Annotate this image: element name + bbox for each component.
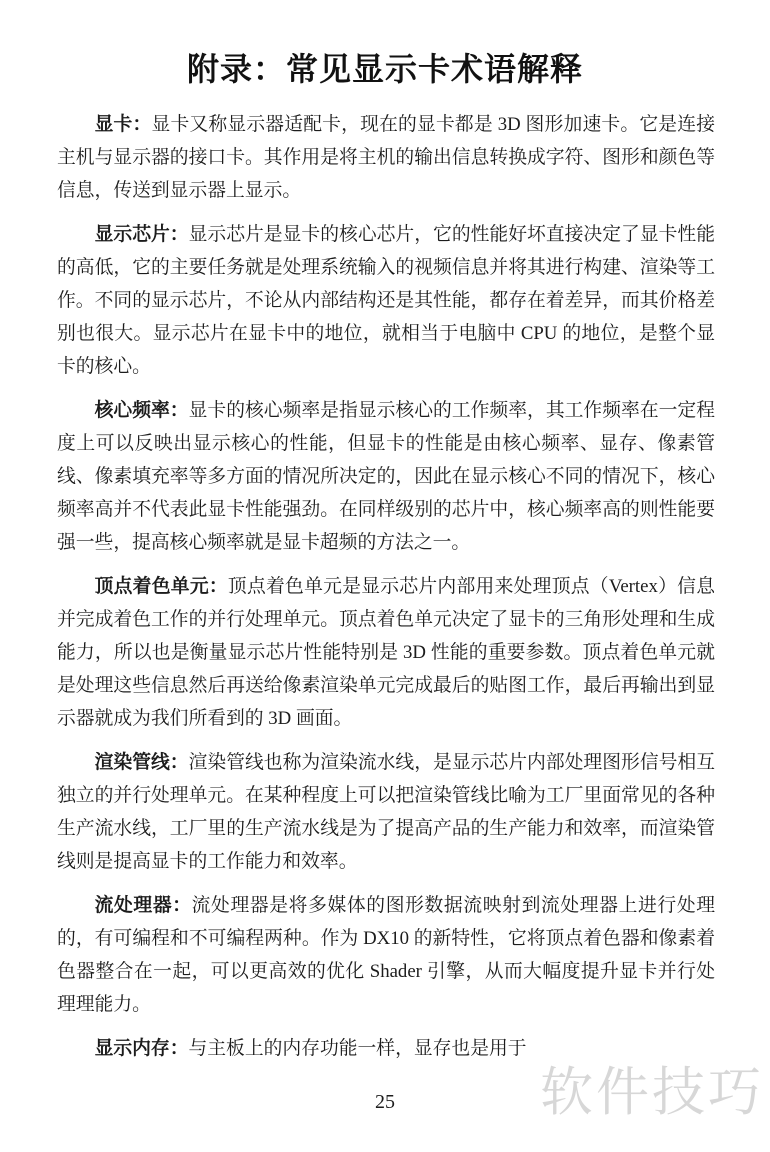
term-label: 显示内存： xyxy=(95,1038,189,1059)
paragraph-text: 显卡又称显示器适配卡，现在的显卡都是 3D 图形加速卡。它是连接主机与显示器的接… xyxy=(57,114,715,201)
page-title: 附录：常见显示卡术语解释 xyxy=(0,0,770,90)
paragraph: 核心频率：显卡的核心频率是指显示核心的工作频率，其工作频率在一定程度上可以反映出… xyxy=(57,394,715,559)
paragraph: 顶点着色单元：顶点着色单元是显示芯片内部用来处理顶点（Vertex）信息并完成着… xyxy=(57,570,715,735)
term-label: 显示芯片： xyxy=(95,224,189,245)
term-label: 顶点着色单元： xyxy=(95,576,228,597)
document-body: 显卡：显卡又称显示器适配卡，现在的显卡都是 3D 图形加速卡。它是连接主机与显示… xyxy=(57,108,715,1065)
paragraph: 显示内存：与主板上的内存功能一样，显存也是用于存 xyxy=(57,1032,715,1065)
paragraph-text: 与主板上的内存功能一样，显存也是用于 xyxy=(189,1038,527,1059)
term-label: 渲染管线： xyxy=(95,752,189,773)
paragraph-text: 顶点着色单元是显示芯片内部用来处理顶点（Vertex）信息并完成着色工作的并行处… xyxy=(57,576,715,729)
page-number: 25 xyxy=(0,1091,770,1114)
document-page: 附录：常见显示卡术语解释 显卡：显卡又称显示器适配卡，现在的显卡都是 3D 图形… xyxy=(0,0,770,1152)
paragraph-text: 显卡的核心频率是指显示核心的工作频率，其工作频率在一定程度上可以反映出显示核心的… xyxy=(57,400,715,553)
clipped-char: 存 xyxy=(527,1032,535,1065)
term-label: 核心频率： xyxy=(95,400,189,421)
term-label: 显卡： xyxy=(95,114,152,135)
paragraph: 流处理器：流处理器是将多媒体的图形数据流映射到流处理器上进行处理的，有可编程和不… xyxy=(57,889,715,1021)
paragraph: 显卡：显卡又称显示器适配卡，现在的显卡都是 3D 图形加速卡。它是连接主机与显示… xyxy=(57,108,715,207)
paragraph: 显示芯片：显示芯片是显卡的核心芯片，它的性能好坏直接决定了显卡性能的高低，它的主… xyxy=(57,218,715,383)
paragraph: 渲染管线：渲染管线也称为渲染流水线，是显示芯片内部处理图形信号相互独立的并行处理… xyxy=(57,746,715,878)
term-label: 流处理器： xyxy=(95,895,192,916)
paragraph-text: 显示芯片是显卡的核心芯片，它的性能好坏直接决定了显卡性能的高低，它的主要任务就是… xyxy=(57,224,715,377)
